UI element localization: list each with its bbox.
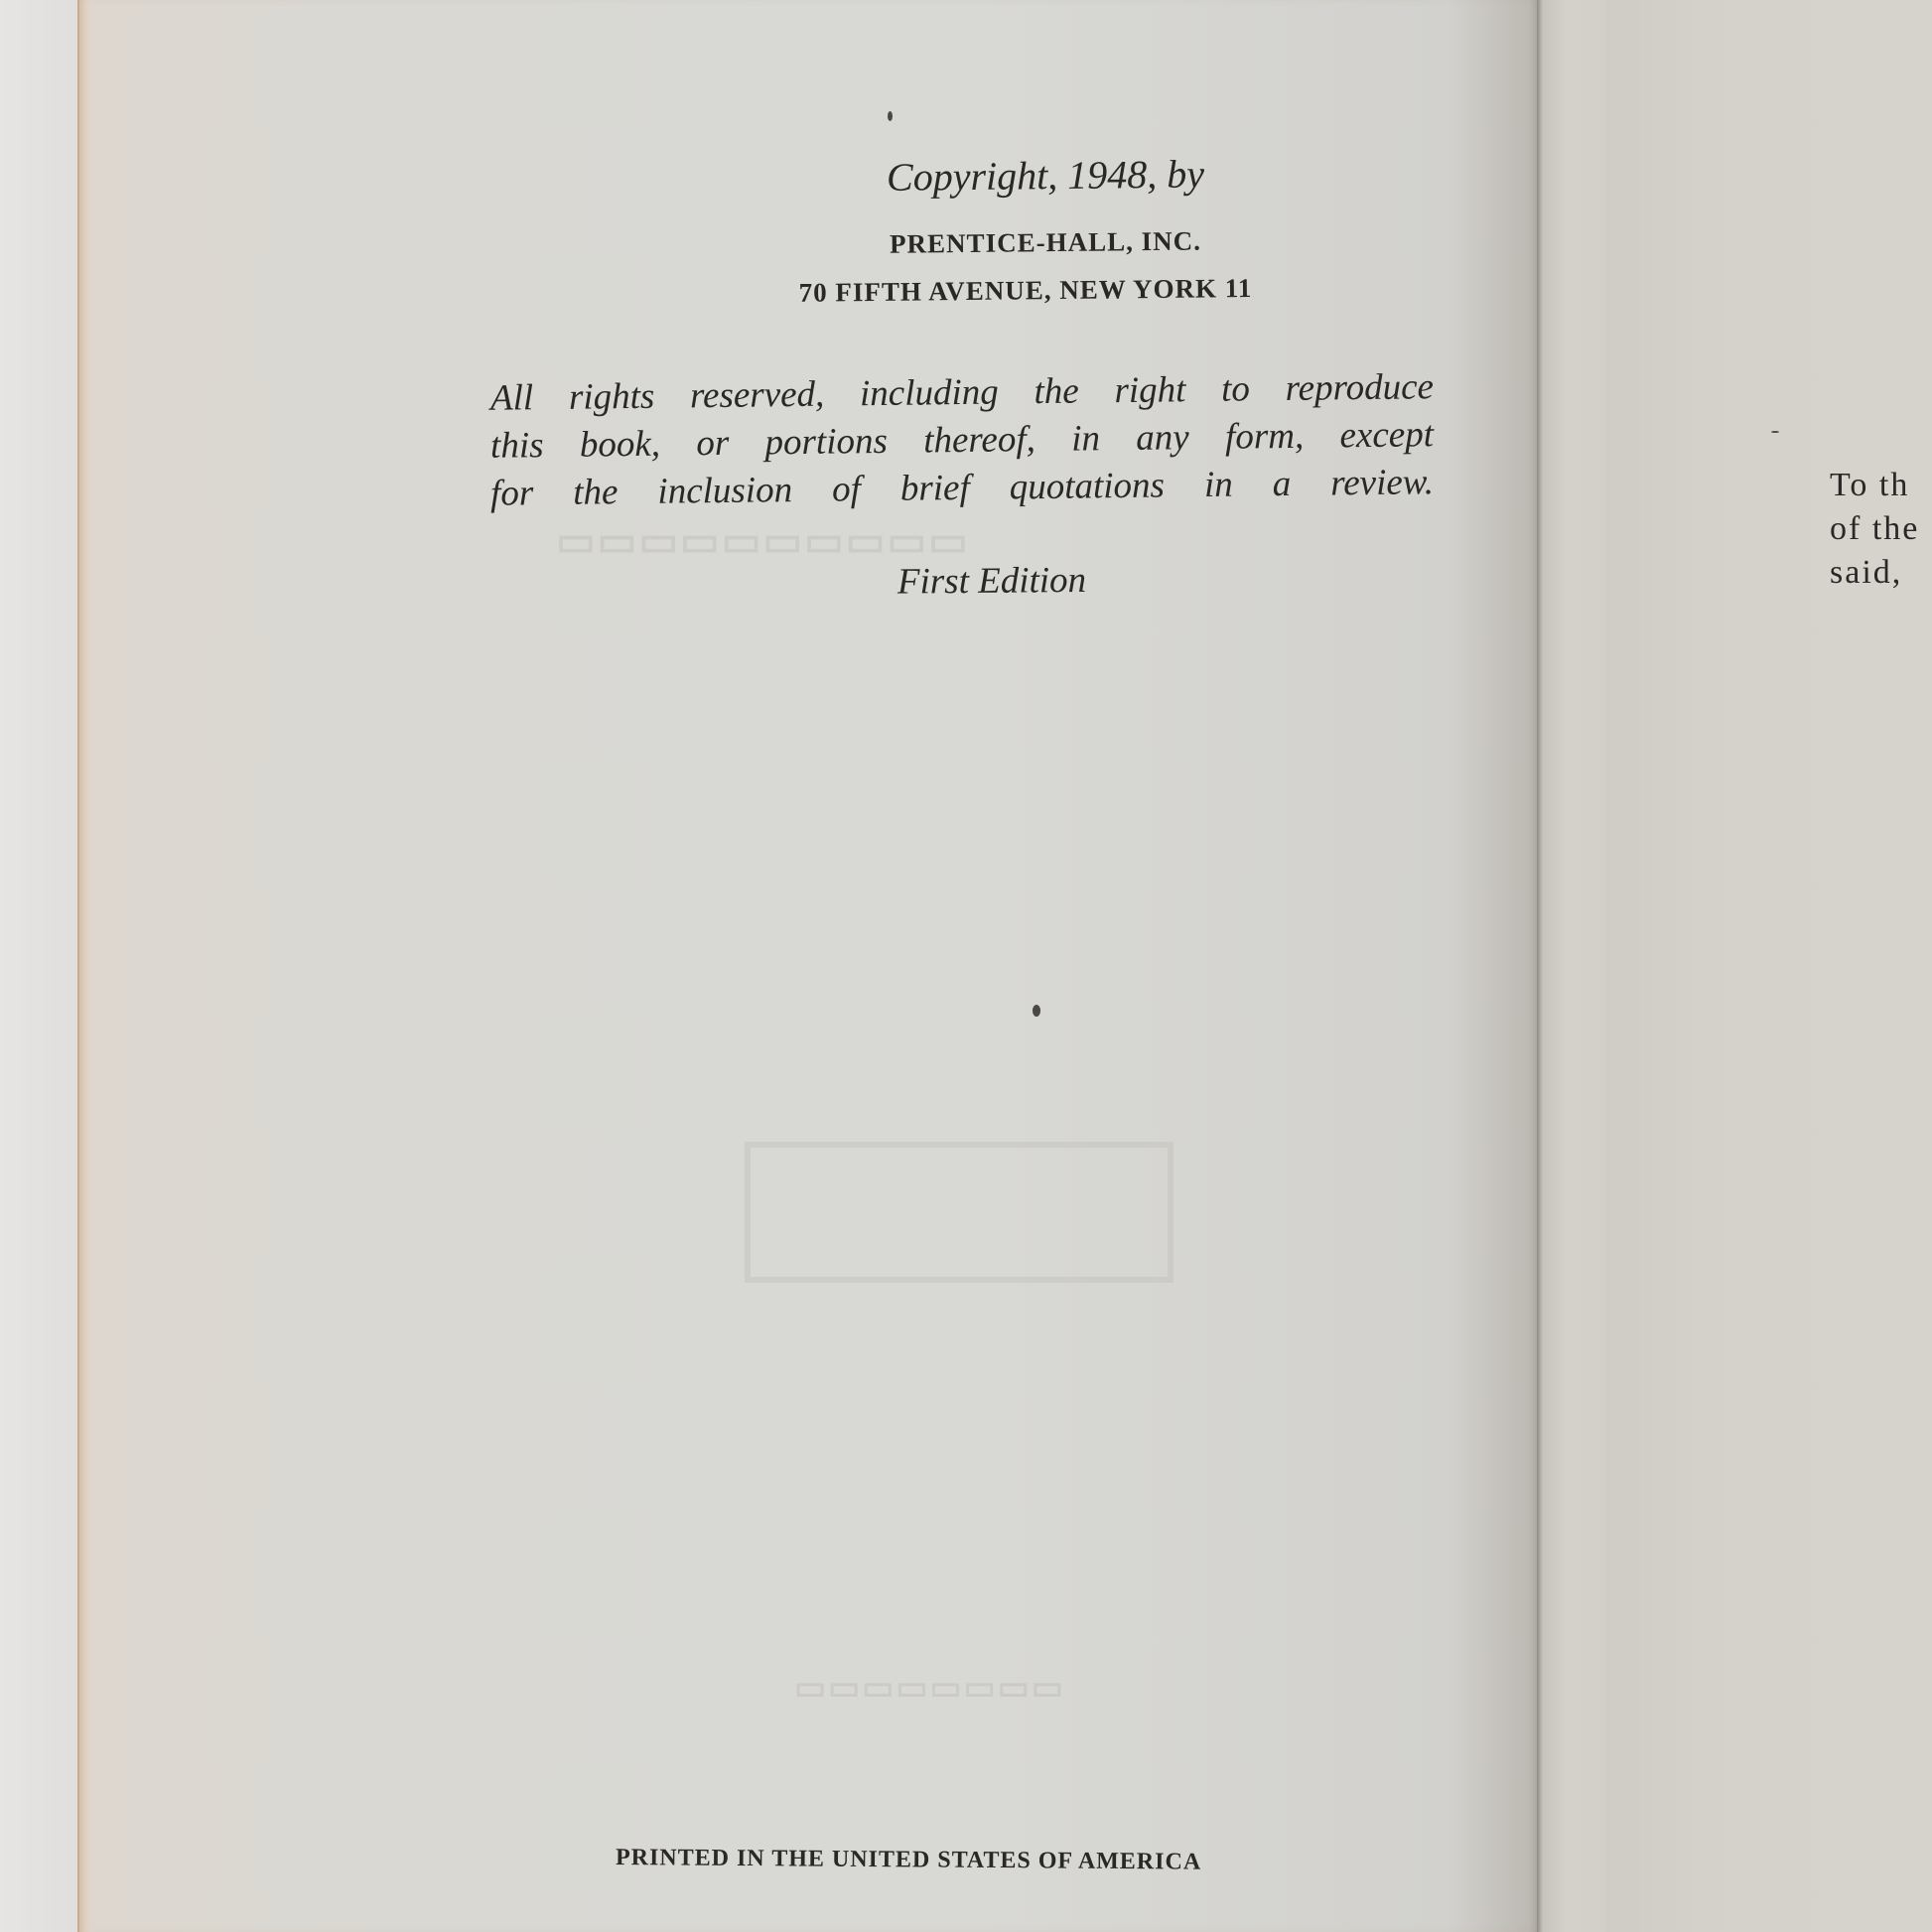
- right-page-text-line-3: said,: [1830, 554, 1902, 592]
- ink-speck: [1771, 431, 1779, 433]
- ink-speck: [888, 111, 893, 121]
- right-page-text-line-2: of the: [1830, 510, 1919, 548]
- printed-in-notice: PRINTED IN THE UNITED STATES OF AMERICA: [616, 1845, 1201, 1876]
- right-page-text-line-1: To th: [1830, 467, 1909, 504]
- ink-speck: [1033, 1005, 1040, 1017]
